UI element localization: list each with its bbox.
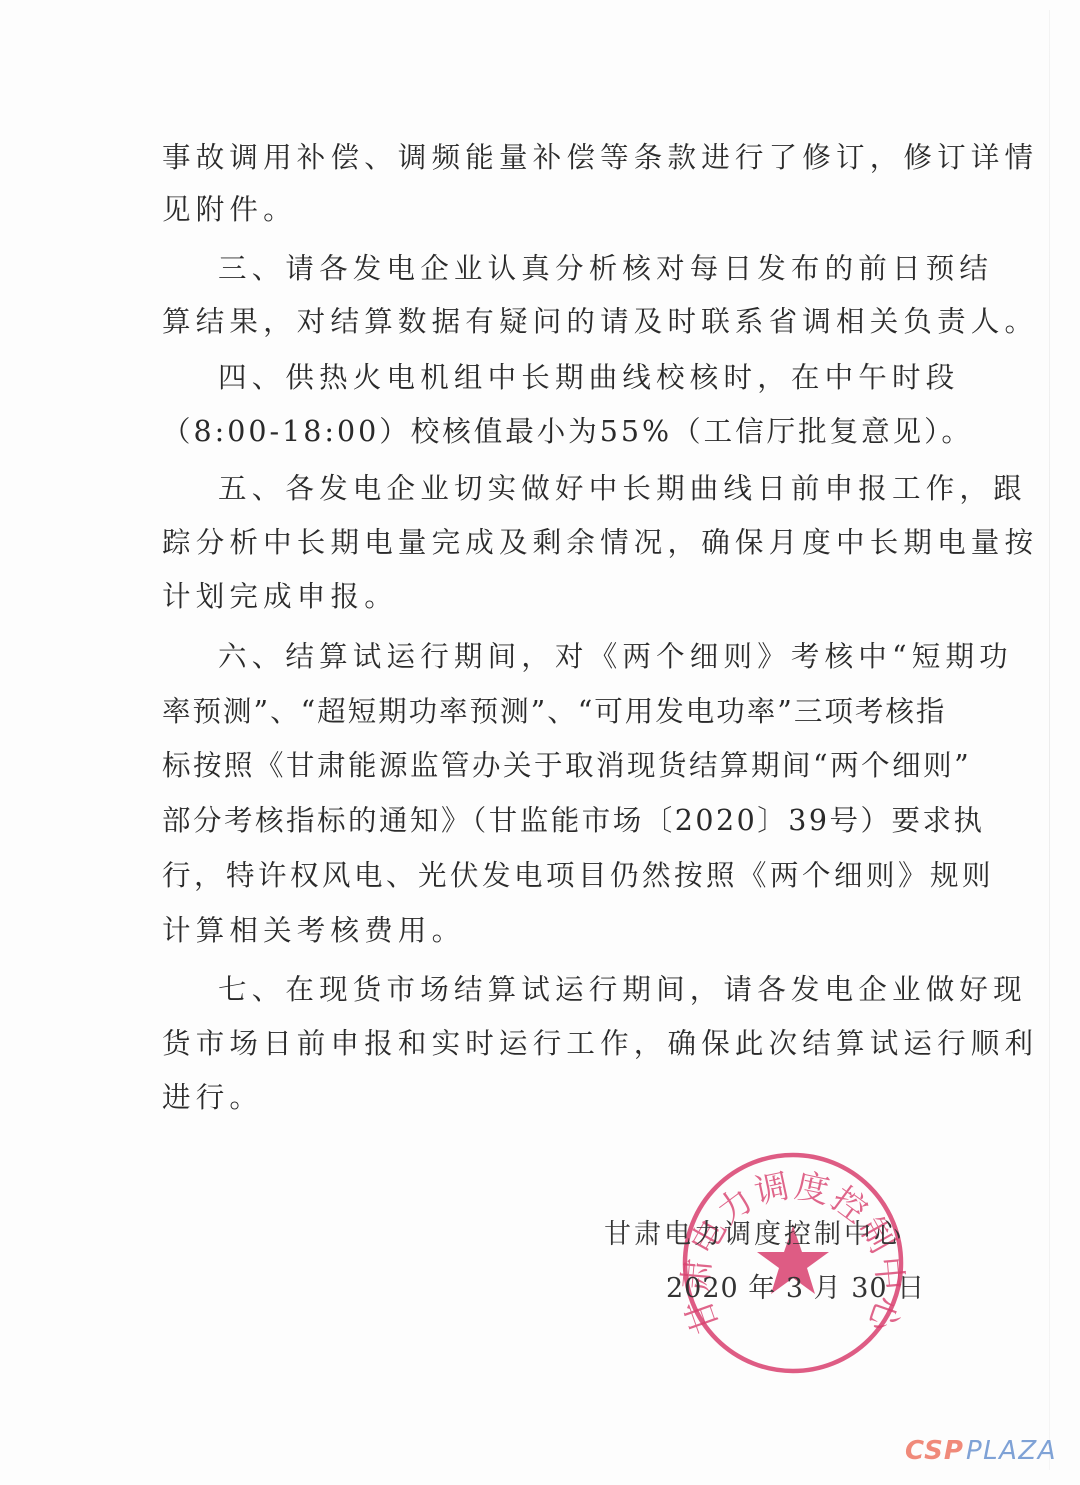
paragraph-6-line: 标按照《甘肃能源监管办关于取消现货结算期间“两个细则” [162, 746, 971, 786]
document-page: 事故调用补偿、调频能量补偿等条款进行了修订，修订详情 见附件。 三、请各发电企业… [0, 0, 1080, 1485]
paragraph-5-line: 五、各发电企业切实做好中长期曲线日前申报工作，跟 [218, 469, 1027, 509]
paragraph-3-line: 算结果，对结算数据有疑问的请及时联系省调相关负责人。 [162, 302, 1038, 342]
paragraph-line: 见附件。 [162, 190, 297, 230]
paragraph-5-line: 计划完成申报。 [162, 577, 398, 617]
paragraph-7-line: 七、在现货市场结算试运行期间，请各发电企业做好现 [218, 970, 1027, 1010]
watermark-brand-csp: CSP [905, 1436, 964, 1466]
paragraph-5-line: 踪分析中长期电量完成及剩余情况，确保月度中长期电量按 [162, 523, 1038, 563]
official-seal-icon: 甘肃电力调度控制中心 [678, 1148, 908, 1378]
paragraph-4-line: 四、供热火电机组中长期曲线校核时，在中午时段 [218, 358, 959, 398]
paragraph-3-line: 三、请各发电企业认真分析核对每日发布的前日预结 [218, 249, 993, 289]
paragraph-6-line: 行，特许权风电、光伏发电项目仍然按照《两个细则》规则 [162, 856, 994, 896]
watermark-brand-plaza: PLAZA [966, 1436, 1057, 1466]
paragraph-line: 事故调用补偿、调频能量补偿等条款进行了修订，修订详情 [162, 138, 1038, 178]
page-edge [1049, 10, 1050, 1470]
issuer-organization: 甘肃电力调度控制中心 [604, 1212, 904, 1251]
paragraph-7-line: 货市场日前申报和实时运行工作，确保此次结算试运行顺利 [162, 1024, 1038, 1064]
paragraph-6-line: 计算相关考核费用。 [162, 911, 465, 951]
issue-date: 2020 年 3 月 30 日 [666, 1266, 925, 1305]
paragraph-6-line: 部分考核指标的通知》（甘监能市场〔2020〕39号）要求执 [162, 801, 985, 841]
paragraph-6-line: 六、结算试运行期间，对《两个细则》考核中“短期功 [218, 637, 1013, 677]
paragraph-6-line: 率预测”、“超短期功率预测”、“可用发电功率”三项考核指 [162, 692, 946, 732]
paragraph-7-line: 进行。 [162, 1078, 263, 1118]
paragraph-4-line: （8:00-18:00）校核值最小为55%（工信厅批复意见）。 [162, 412, 973, 452]
watermark-logo: CSPPLAZA [905, 1436, 1057, 1466]
